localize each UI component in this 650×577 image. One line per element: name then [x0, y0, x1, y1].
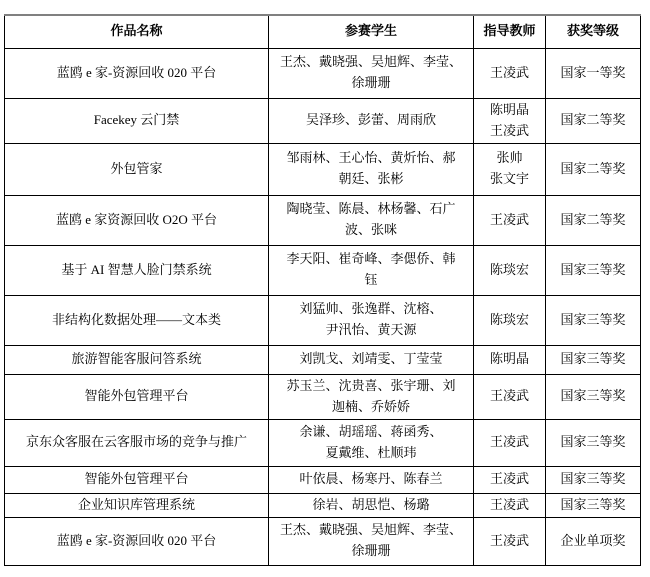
- table-row: 旅游智能客服问答系统 刘凯戈、刘靖雯、丁莹莹 陈明晶 国家三等奖: [5, 345, 641, 374]
- cell-teacher: 陈明晶 王凌武: [474, 98, 546, 143]
- cell-work-name: 蓝鸥 e 家-资源回收 020 平台: [5, 517, 269, 565]
- cell-award-level: 国家二等奖: [546, 143, 641, 195]
- header-award-level: 获奖等级: [546, 15, 641, 48]
- awards-table: 作品名称 参赛学生 指导教师 获奖等级 蓝鸥 e 家-资源回收 020 平台 王…: [4, 14, 641, 566]
- cell-teacher: 王凌武: [474, 466, 546, 493]
- cell-teacher: 陈琰宏: [474, 245, 546, 295]
- table-row: 蓝鸥 e 家-资源回收 020 平台 王杰、戴晓强、吴旭辉、李莹、 徐珊珊 王凌…: [5, 48, 641, 98]
- cell-students: 刘凯戈、刘靖雯、丁莹莹: [269, 345, 474, 374]
- cell-award-level: 国家三等奖: [546, 295, 641, 345]
- table-row: 蓝鸥 e 家资源回收 O2O 平台 陶晓莹、陈晨、林杨馨、石广 波、张咪 王凌武…: [5, 195, 641, 245]
- cell-award-level: 国家二等奖: [546, 98, 641, 143]
- header-row: 作品名称 参赛学生 指导教师 获奖等级: [5, 15, 641, 48]
- header-students: 参赛学生: [269, 15, 474, 48]
- cell-award-level: 国家三等奖: [546, 245, 641, 295]
- cell-work-name: 智能外包管理平台: [5, 374, 269, 419]
- cell-work-name: 智能外包管理平台: [5, 466, 269, 493]
- cell-award-level: 国家三等奖: [546, 466, 641, 493]
- cell-students: 徐岩、胡思恺、杨璐: [269, 493, 474, 517]
- cell-teacher: 陈琰宏: [474, 295, 546, 345]
- cell-work-name: 外包管家: [5, 143, 269, 195]
- table-row: Facekey 云门禁 吴泽珍、彭蕾、周雨欣 陈明晶 王凌武 国家二等奖: [5, 98, 641, 143]
- cell-award-level: 国家一等奖: [546, 48, 641, 98]
- cell-students: 李天阳、崔奇峰、李偲侨、韩 钰: [269, 245, 474, 295]
- cell-award-level: 国家三等奖: [546, 345, 641, 374]
- cell-award-level: 国家三等奖: [546, 374, 641, 419]
- table-row: 基于 AI 智慧人脸门禁系统 李天阳、崔奇峰、李偲侨、韩 钰 陈琰宏 国家三等奖: [5, 245, 641, 295]
- cell-teacher: 王凌武: [474, 493, 546, 517]
- cell-work-name: 旅游智能客服问答系统: [5, 345, 269, 374]
- cell-students: 邹雨林、王心怡、黄炘怡、郝 朝廷、张彬: [269, 143, 474, 195]
- cell-work-name: 京东众客服在云客服市场的竞争与推广: [5, 419, 269, 466]
- cell-teacher: 王凌武: [474, 195, 546, 245]
- header-work-name: 作品名称: [5, 15, 269, 48]
- cell-teacher: 陈明晶: [474, 345, 546, 374]
- table-row: 智能外包管理平台 叶依晨、杨寒丹、陈春兰 王凌武 国家三等奖: [5, 466, 641, 493]
- table-row: 京东众客服在云客服市场的竞争与推广 余谦、胡瑶瑶、蒋函秀、 夏戴维、杜顺玮 王凌…: [5, 419, 641, 466]
- cell-work-name: 企业知识库管理系统: [5, 493, 269, 517]
- table-row: 企业知识库管理系统 徐岩、胡思恺、杨璐 王凌武 国家三等奖: [5, 493, 641, 517]
- table-row: 非结构化数据处理——文本类 刘猛帅、张逸群、沈榕、 尹汛怡、黄天源 陈琰宏 国家…: [5, 295, 641, 345]
- cell-teacher: 王凌武: [474, 517, 546, 565]
- table-row: 蓝鸥 e 家-资源回收 020 平台 王杰、戴晓强、吴旭辉、李莹、 徐珊珊 王凌…: [5, 517, 641, 565]
- cell-students: 余谦、胡瑶瑶、蒋函秀、 夏戴维、杜顺玮: [269, 419, 474, 466]
- cell-students: 吴泽珍、彭蕾、周雨欣: [269, 98, 474, 143]
- cell-work-name: 基于 AI 智慧人脸门禁系统: [5, 245, 269, 295]
- cell-work-name: 非结构化数据处理——文本类: [5, 295, 269, 345]
- header-teacher: 指导教师: [474, 15, 546, 48]
- cell-students: 陶晓莹、陈晨、林杨馨、石广 波、张咪: [269, 195, 474, 245]
- cell-work-name: Facekey 云门禁: [5, 98, 269, 143]
- cell-teacher: 张帅 张文宇: [474, 143, 546, 195]
- cell-award-level: 国家二等奖: [546, 195, 641, 245]
- cell-students: 王杰、戴晓强、吴旭辉、李莹、 徐珊珊: [269, 48, 474, 98]
- cell-teacher: 王凌武: [474, 419, 546, 466]
- cell-work-name: 蓝鸥 e 家-资源回收 020 平台: [5, 48, 269, 98]
- cell-students: 王杰、戴晓强、吴旭辉、李莹、 徐珊珊: [269, 517, 474, 565]
- cell-award-level: 国家三等奖: [546, 419, 641, 466]
- cell-award-level: 国家三等奖: [546, 493, 641, 517]
- cell-work-name: 蓝鸥 e 家资源回收 O2O 平台: [5, 195, 269, 245]
- cell-students: 苏玉兰、沈贵喜、张宇珊、刘 迦楠、乔娇娇: [269, 374, 474, 419]
- cell-students: 刘猛帅、张逸群、沈榕、 尹汛怡、黄天源: [269, 295, 474, 345]
- cell-students: 叶依晨、杨寒丹、陈春兰: [269, 466, 474, 493]
- cell-teacher: 王凌武: [474, 374, 546, 419]
- table-row: 智能外包管理平台 苏玉兰、沈贵喜、张宇珊、刘 迦楠、乔娇娇 王凌武 国家三等奖: [5, 374, 641, 419]
- table-row: 外包管家 邹雨林、王心怡、黄炘怡、郝 朝廷、张彬 张帅 张文宇 国家二等奖: [5, 143, 641, 195]
- cell-award-level: 企业单项奖: [546, 517, 641, 565]
- cell-teacher: 王凌武: [474, 48, 546, 98]
